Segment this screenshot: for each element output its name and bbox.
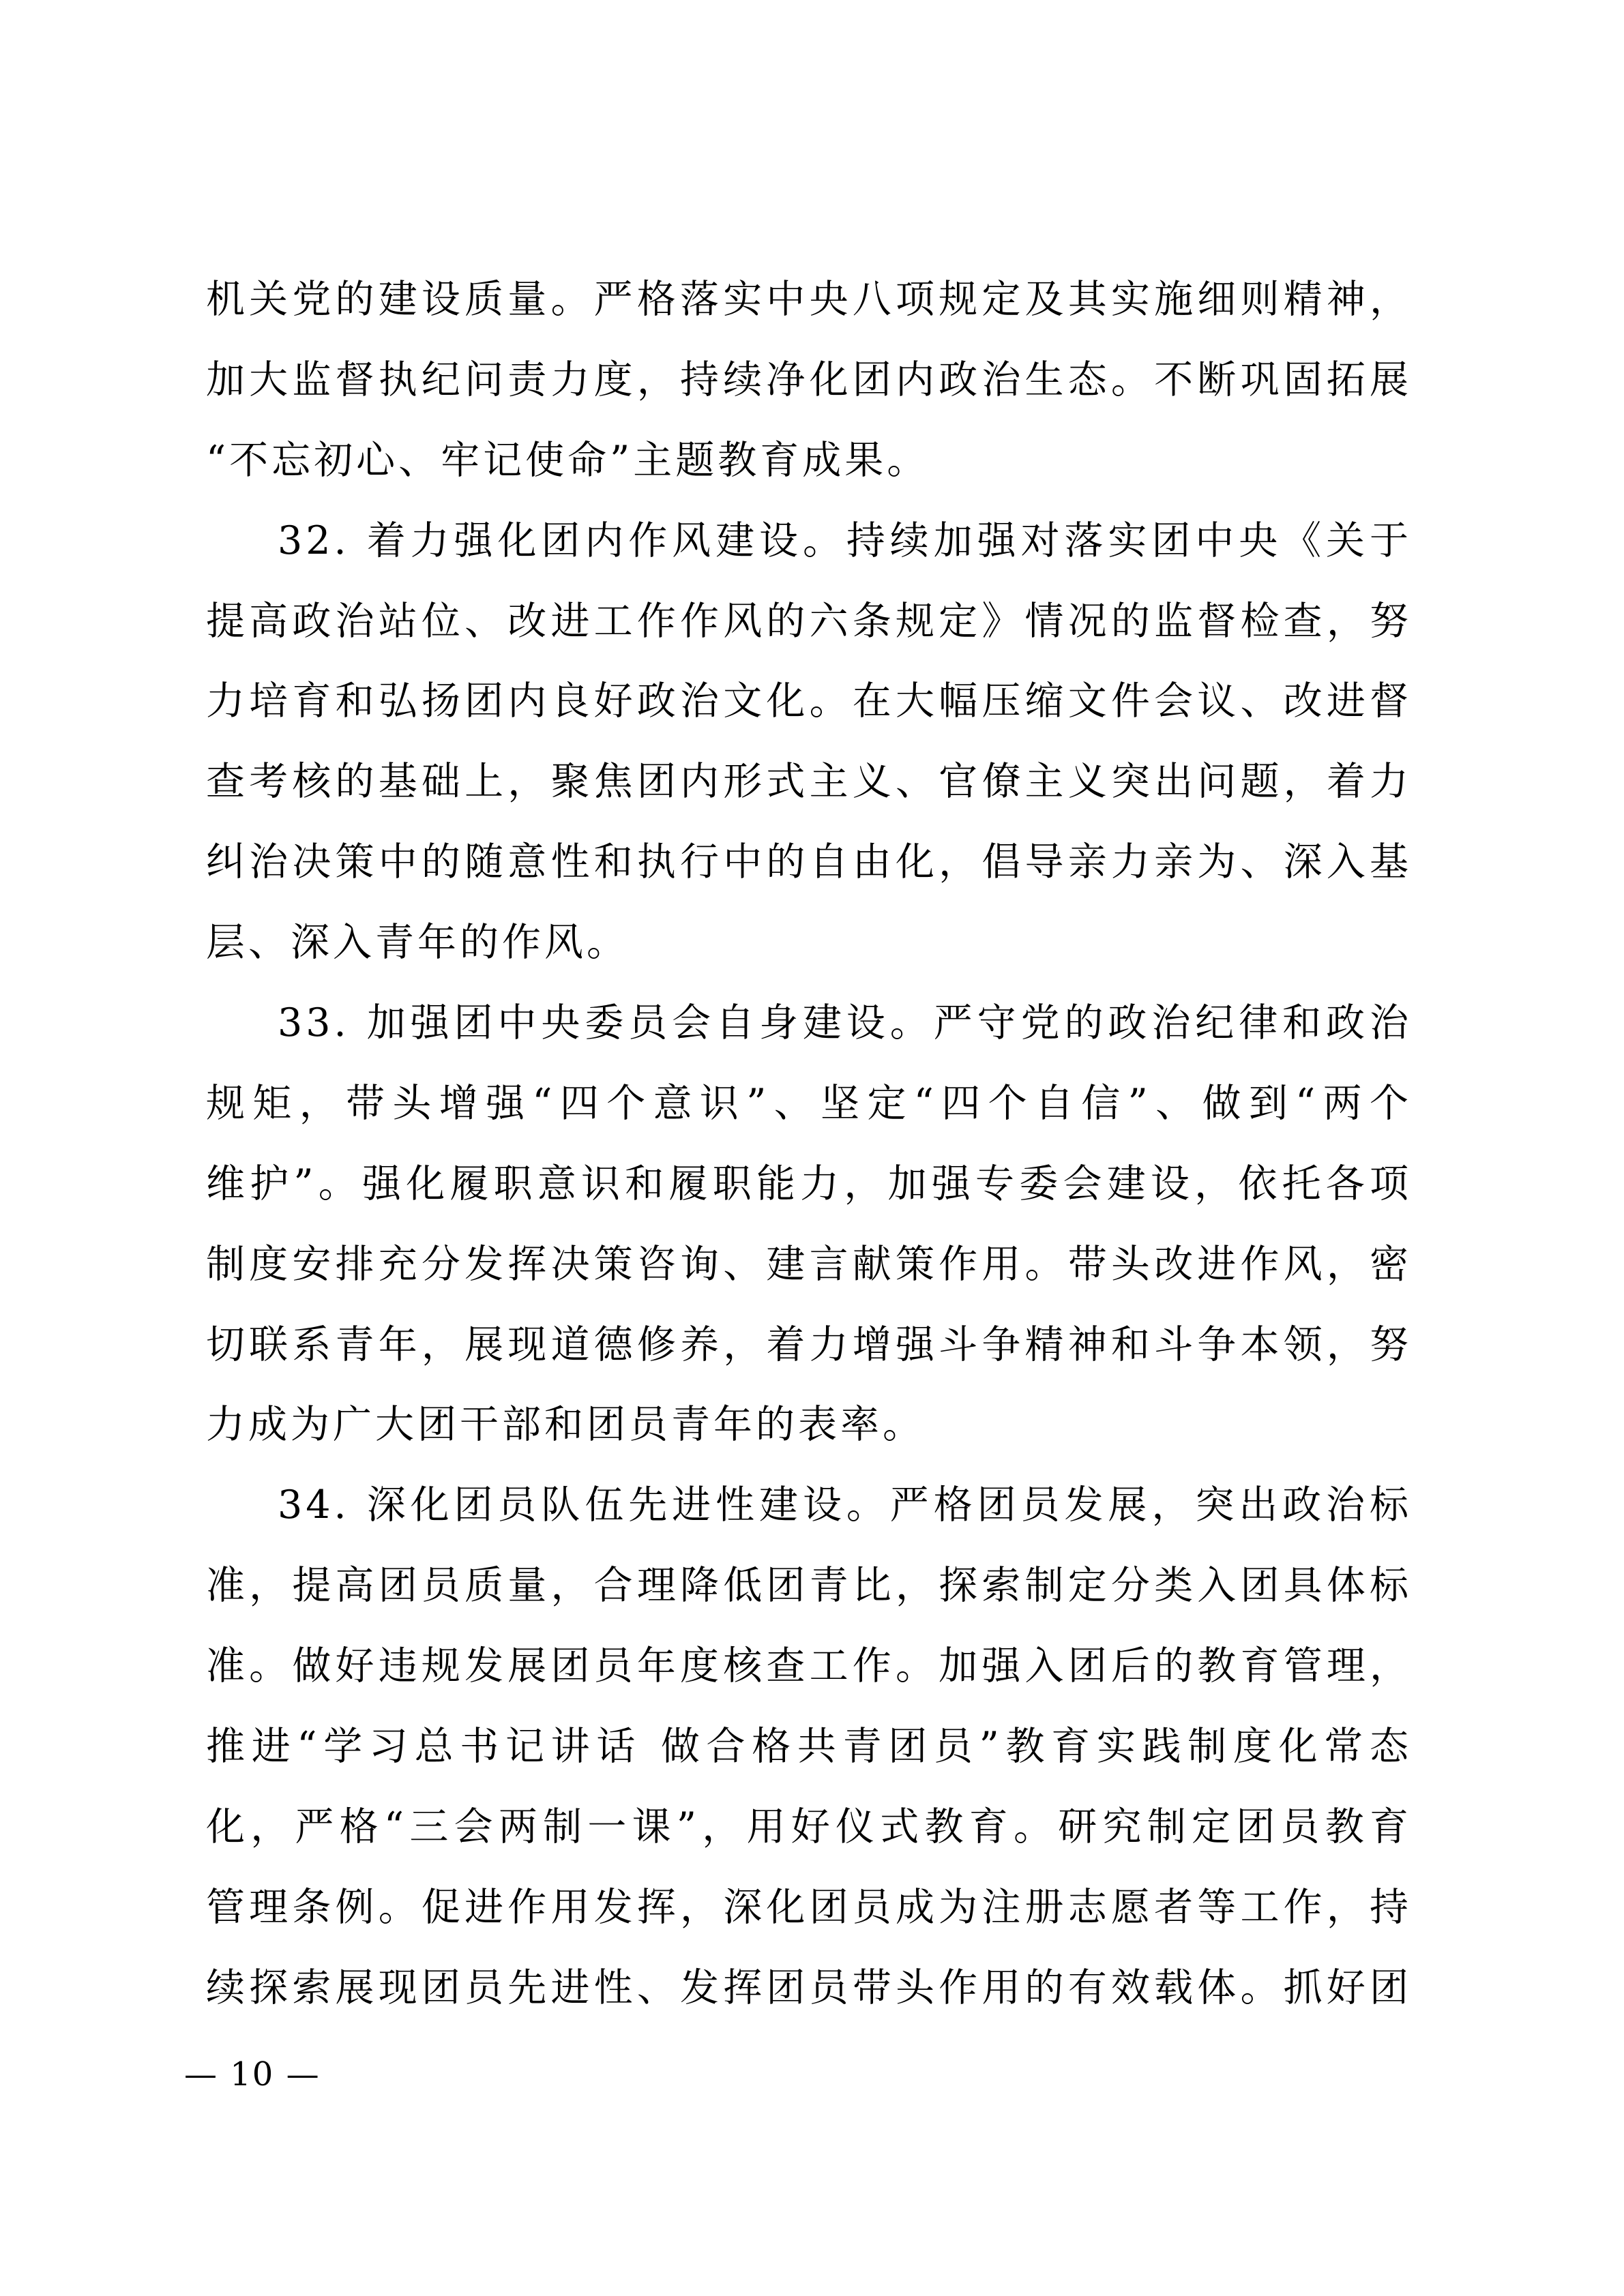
document-text-line: 34. 深化团员队伍先进性建设。严格团员发展，突出政治标 xyxy=(206,1465,1412,1546)
document-text-line: 提高政治站位、改进工作作风的六条规定》情况的监督检查，努 xyxy=(206,582,1412,662)
document-text-line: 力成为广大团干部和团员青年的表率。 xyxy=(206,1385,1412,1465)
document-text-line: 切联系青年，展现道德修养，着力增强斗争精神和斗争本领，努 xyxy=(206,1305,1412,1386)
document-text-line: “不忘初心、牢记使命”主题教育成果。 xyxy=(206,421,1412,501)
document-text-line: 32. 着力强化团内作风建设。持续加强对落实团中央《关于 xyxy=(206,501,1412,582)
document-text-line: 制度安排充分发挥决策咨询、建言献策作用。带头改进作风，密 xyxy=(206,1225,1412,1305)
document-text-line: 加大监督执纪问责力度，持续净化团内政治生态。不断巩固拓展 xyxy=(206,340,1412,421)
document-text-line: 维护”。强化履职意识和履职能力，加强专委会建设，依托各项 xyxy=(206,1144,1412,1225)
page-footer: — 10 — xyxy=(184,2054,321,2095)
document-text-line: 化，严格“三会两制一课”，用好仪式教育。研究制定团员教育 xyxy=(206,1787,1412,1868)
document-page: 机关党的建设质量。严格落实中央八项规定及其实施细则精神，加大监督执纪问责力度，持… xyxy=(0,0,1624,2296)
document-text-line: 纠治决策中的随意性和执行中的自由化，倡导亲力亲为、深入基 xyxy=(206,822,1412,903)
document-text-line: 层、深入青年的作风。 xyxy=(206,903,1412,983)
document-text-line: 力培育和弘扬团内良好政治文化。在大幅压缩文件会议、改进督 xyxy=(206,661,1412,742)
document-body: 机关党的建设质量。严格落实中央八项规定及其实施细则精神，加大监督执纪问责力度，持… xyxy=(206,260,1412,2029)
page-number: — 10 — xyxy=(184,2055,321,2093)
document-text-line: 机关党的建设质量。严格落实中央八项规定及其实施细则精神， xyxy=(206,260,1412,340)
document-text-line: 33. 加强团中央委员会自身建设。严守党的政治纪律和政治 xyxy=(206,983,1412,1064)
document-text-line: 续探索展现团员先进性、发挥团员带头作用的有效载体。抓好团 xyxy=(206,1948,1412,2029)
document-text-line: 管理条例。促进作用发挥，深化团员成为注册志愿者等工作，持 xyxy=(206,1868,1412,1948)
document-text-line: 规矩，带头增强“四个意识”、坚定“四个自信”、做到“两个 xyxy=(206,1064,1412,1144)
document-text-line: 准。做好违规发展团员年度核查工作。加强入团后的教育管理， xyxy=(206,1626,1412,1707)
document-text-line: 准，提高团员质量，合理降低团青比，探索制定分类入团具体标 xyxy=(206,1546,1412,1626)
document-text-line: 推进“学习总书记讲话 做合格共青团员”教育实践制度化常态 xyxy=(206,1707,1412,1787)
document-text-line: 查考核的基础上，聚焦团内形式主义、官僚主义突出问题，着力 xyxy=(206,742,1412,822)
